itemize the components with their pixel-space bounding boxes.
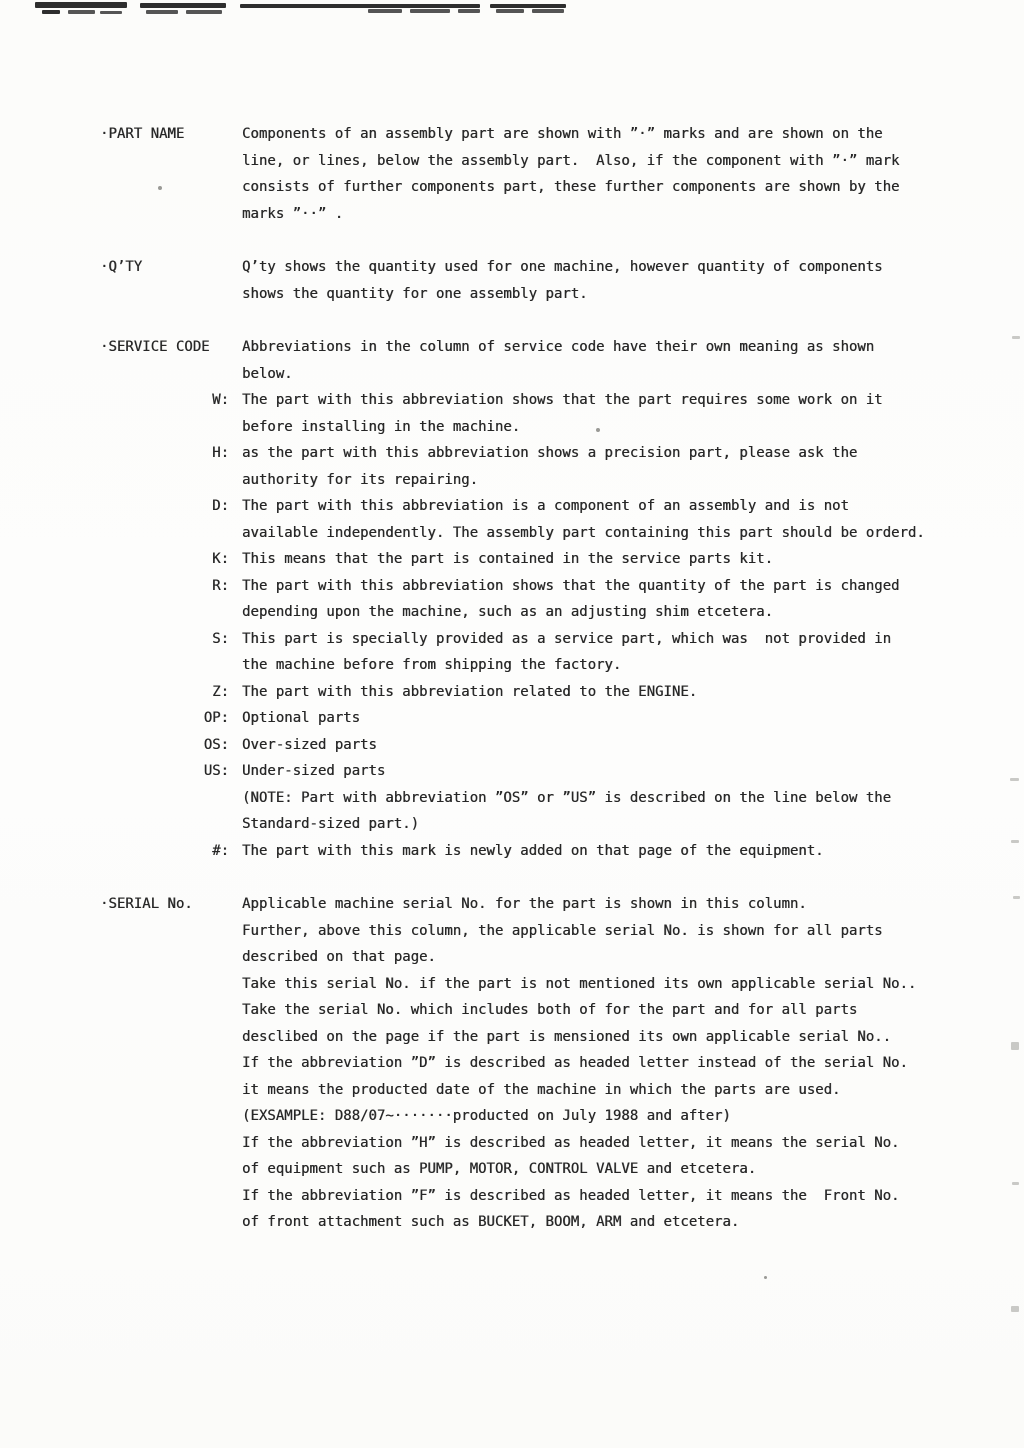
text-line: (EXSAMPLE: D88/07~·······producted on Ju…: [242, 1103, 1024, 1130]
text-line: the machine before from shipping the fac…: [242, 652, 1024, 679]
text-line: This means that the part is contained in…: [242, 546, 1024, 573]
text-line: Standard-sized part.): [242, 811, 1024, 838]
section-label: ·SERVICE CODE: [100, 334, 210, 361]
service-code-row: K: This means that the part is contained…: [242, 546, 1024, 573]
service-code-row: OP: Optional parts: [242, 705, 1024, 732]
service-code-key: D:: [212, 493, 229, 520]
service-code-lines: Under-sized parts(NOTE: Part with abbrev…: [242, 758, 1024, 838]
text-line: Q’ty shows the quantity used for one mac…: [242, 254, 1024, 281]
service-code-key: OS:: [204, 732, 229, 759]
scan-speck: [1011, 1306, 1019, 1312]
text-line: before installing in the machine.: [242, 414, 1024, 441]
section-body: Abbreviations in the column of service c…: [242, 334, 1024, 864]
text-line: shows the quantity for one assembly part…: [242, 281, 1024, 308]
text-line: depending upon the machine, such as an a…: [242, 599, 1024, 626]
text-line: consists of further components part, the…: [242, 174, 1024, 201]
service-code-lines: Over-sized parts: [242, 732, 1024, 759]
text-line: available independently. The assembly pa…: [242, 520, 1024, 547]
section-body: Applicable machine serial No. for the pa…: [242, 891, 1024, 1236]
service-code-key: S:: [212, 626, 229, 653]
service-code-row: #: The part with this mark is newly adde…: [242, 838, 1024, 865]
service-code-row: OS: Over-sized parts: [242, 732, 1024, 759]
section-label: ·PART NAME: [100, 121, 184, 148]
service-code-key: R:: [212, 573, 229, 600]
service-code-key: US:: [204, 758, 229, 785]
service-code-lines: The part with this abbreviation related …: [242, 679, 1024, 706]
service-code-key: H:: [212, 440, 229, 467]
manual-section: ·Q’TY Q’ty shows the quantity used for o…: [100, 254, 1024, 307]
text-line: Applicable machine serial No. for the pa…: [242, 891, 1024, 918]
service-code-key: #:: [212, 838, 229, 865]
service-code-lines: as the part with this abbreviation shows…: [242, 440, 1024, 493]
text-line: Over-sized parts: [242, 732, 1024, 759]
text-line: Abbreviations in the column of service c…: [242, 334, 1024, 361]
text-line: Optional parts: [242, 705, 1024, 732]
text-line: as the part with this abbreviation shows…: [242, 440, 1024, 467]
text-line: If the abbreviation ”H” is described as …: [242, 1130, 1024, 1157]
text-line: (NOTE: Part with abbreviation ”OS” or ”U…: [242, 785, 1024, 812]
service-code-row: R: The part with this abbreviation shows…: [242, 573, 1024, 626]
service-code-lines: The part with this abbreviation shows th…: [242, 573, 1024, 626]
service-code-key: OP:: [204, 705, 229, 732]
scanned-page: ·PART NAME Components of an assembly par…: [0, 0, 1024, 1448]
text-line: line, or lines, below the assembly part.…: [242, 148, 1024, 175]
text-line: Under-sized parts: [242, 758, 1024, 785]
manual-section: ·SERIAL No. Applicable machine serial No…: [100, 891, 1024, 1236]
text-line: below.: [242, 361, 1024, 388]
service-code-lines: The part with this mark is newly added o…: [242, 838, 1024, 865]
section-body: Q’ty shows the quantity used for one mac…: [242, 254, 1024, 307]
section-body: Components of an assembly part are shown…: [242, 121, 1024, 227]
service-code-row: Z: The part with this abbreviation relat…: [242, 679, 1024, 706]
scan-artifact: [42, 10, 60, 14]
scan-artifact: [68, 10, 95, 14]
text-line: If the abbreviation ”D” is described as …: [242, 1050, 1024, 1077]
text-line: The part with this abbreviation shows th…: [242, 573, 1024, 600]
service-code-lines: This means that the part is contained in…: [242, 546, 1024, 573]
service-code-key: Z:: [212, 679, 229, 706]
text-line: The part with this mark is newly added o…: [242, 838, 1024, 865]
service-code-key: K:: [212, 546, 229, 573]
service-code-row: H: as the part with this abbreviation sh…: [242, 440, 1024, 493]
document-content: ·PART NAME Components of an assembly par…: [100, 0, 1024, 1263]
text-line: The part with this abbreviation shows th…: [242, 387, 1024, 414]
service-code-lines: The part with this abbreviation shows th…: [242, 387, 1024, 440]
manual-section: ·SERVICE CODE Abbreviations in the colum…: [100, 334, 1024, 864]
scan-speck: [764, 1276, 767, 1279]
text-line: Components of an assembly part are shown…: [242, 121, 1024, 148]
service-code-row: US: Under-sized parts(NOTE: Part with ab…: [242, 758, 1024, 838]
service-code-lines: Optional parts: [242, 705, 1024, 732]
text-line: of equipment such as PUMP, MOTOR, CONTRO…: [242, 1156, 1024, 1183]
section-label: ·SERIAL No.: [100, 891, 193, 918]
text-line: desclibed on the page if the part is men…: [242, 1024, 1024, 1051]
text-line: Take the serial No. which includes both …: [242, 997, 1024, 1024]
text-line: it means the producted date of the machi…: [242, 1077, 1024, 1104]
service-code-key: W:: [212, 387, 229, 414]
text-line: The part with this abbreviation is a com…: [242, 493, 1024, 520]
text-line: marks ”··” .: [242, 201, 1024, 228]
text-line: authority for its repairing.: [242, 467, 1024, 494]
service-code-lines: The part with this abbreviation is a com…: [242, 493, 1024, 546]
service-code-lines: This part is specially provided as a ser…: [242, 626, 1024, 679]
text-line: The part with this abbreviation related …: [242, 679, 1024, 706]
section-label: ·Q’TY: [100, 254, 142, 281]
service-code-row: W: The part with this abbreviation shows…: [242, 387, 1024, 440]
text-line: Further, above this column, the applicab…: [242, 918, 1024, 945]
text-line: Take this serial No. if the part is not …: [242, 971, 1024, 998]
service-code-row: S: This part is specially provided as a …: [242, 626, 1024, 679]
text-line: If the abbreviation ”F” is described as …: [242, 1183, 1024, 1210]
text-line: of front attachment such as BUCKET, BOOM…: [242, 1209, 1024, 1236]
manual-section: ·PART NAME Components of an assembly par…: [100, 121, 1024, 227]
text-line: described on that page.: [242, 944, 1024, 971]
text-line: This part is specially provided as a ser…: [242, 626, 1024, 653]
service-code-row: D: The part with this abbreviation is a …: [242, 493, 1024, 546]
